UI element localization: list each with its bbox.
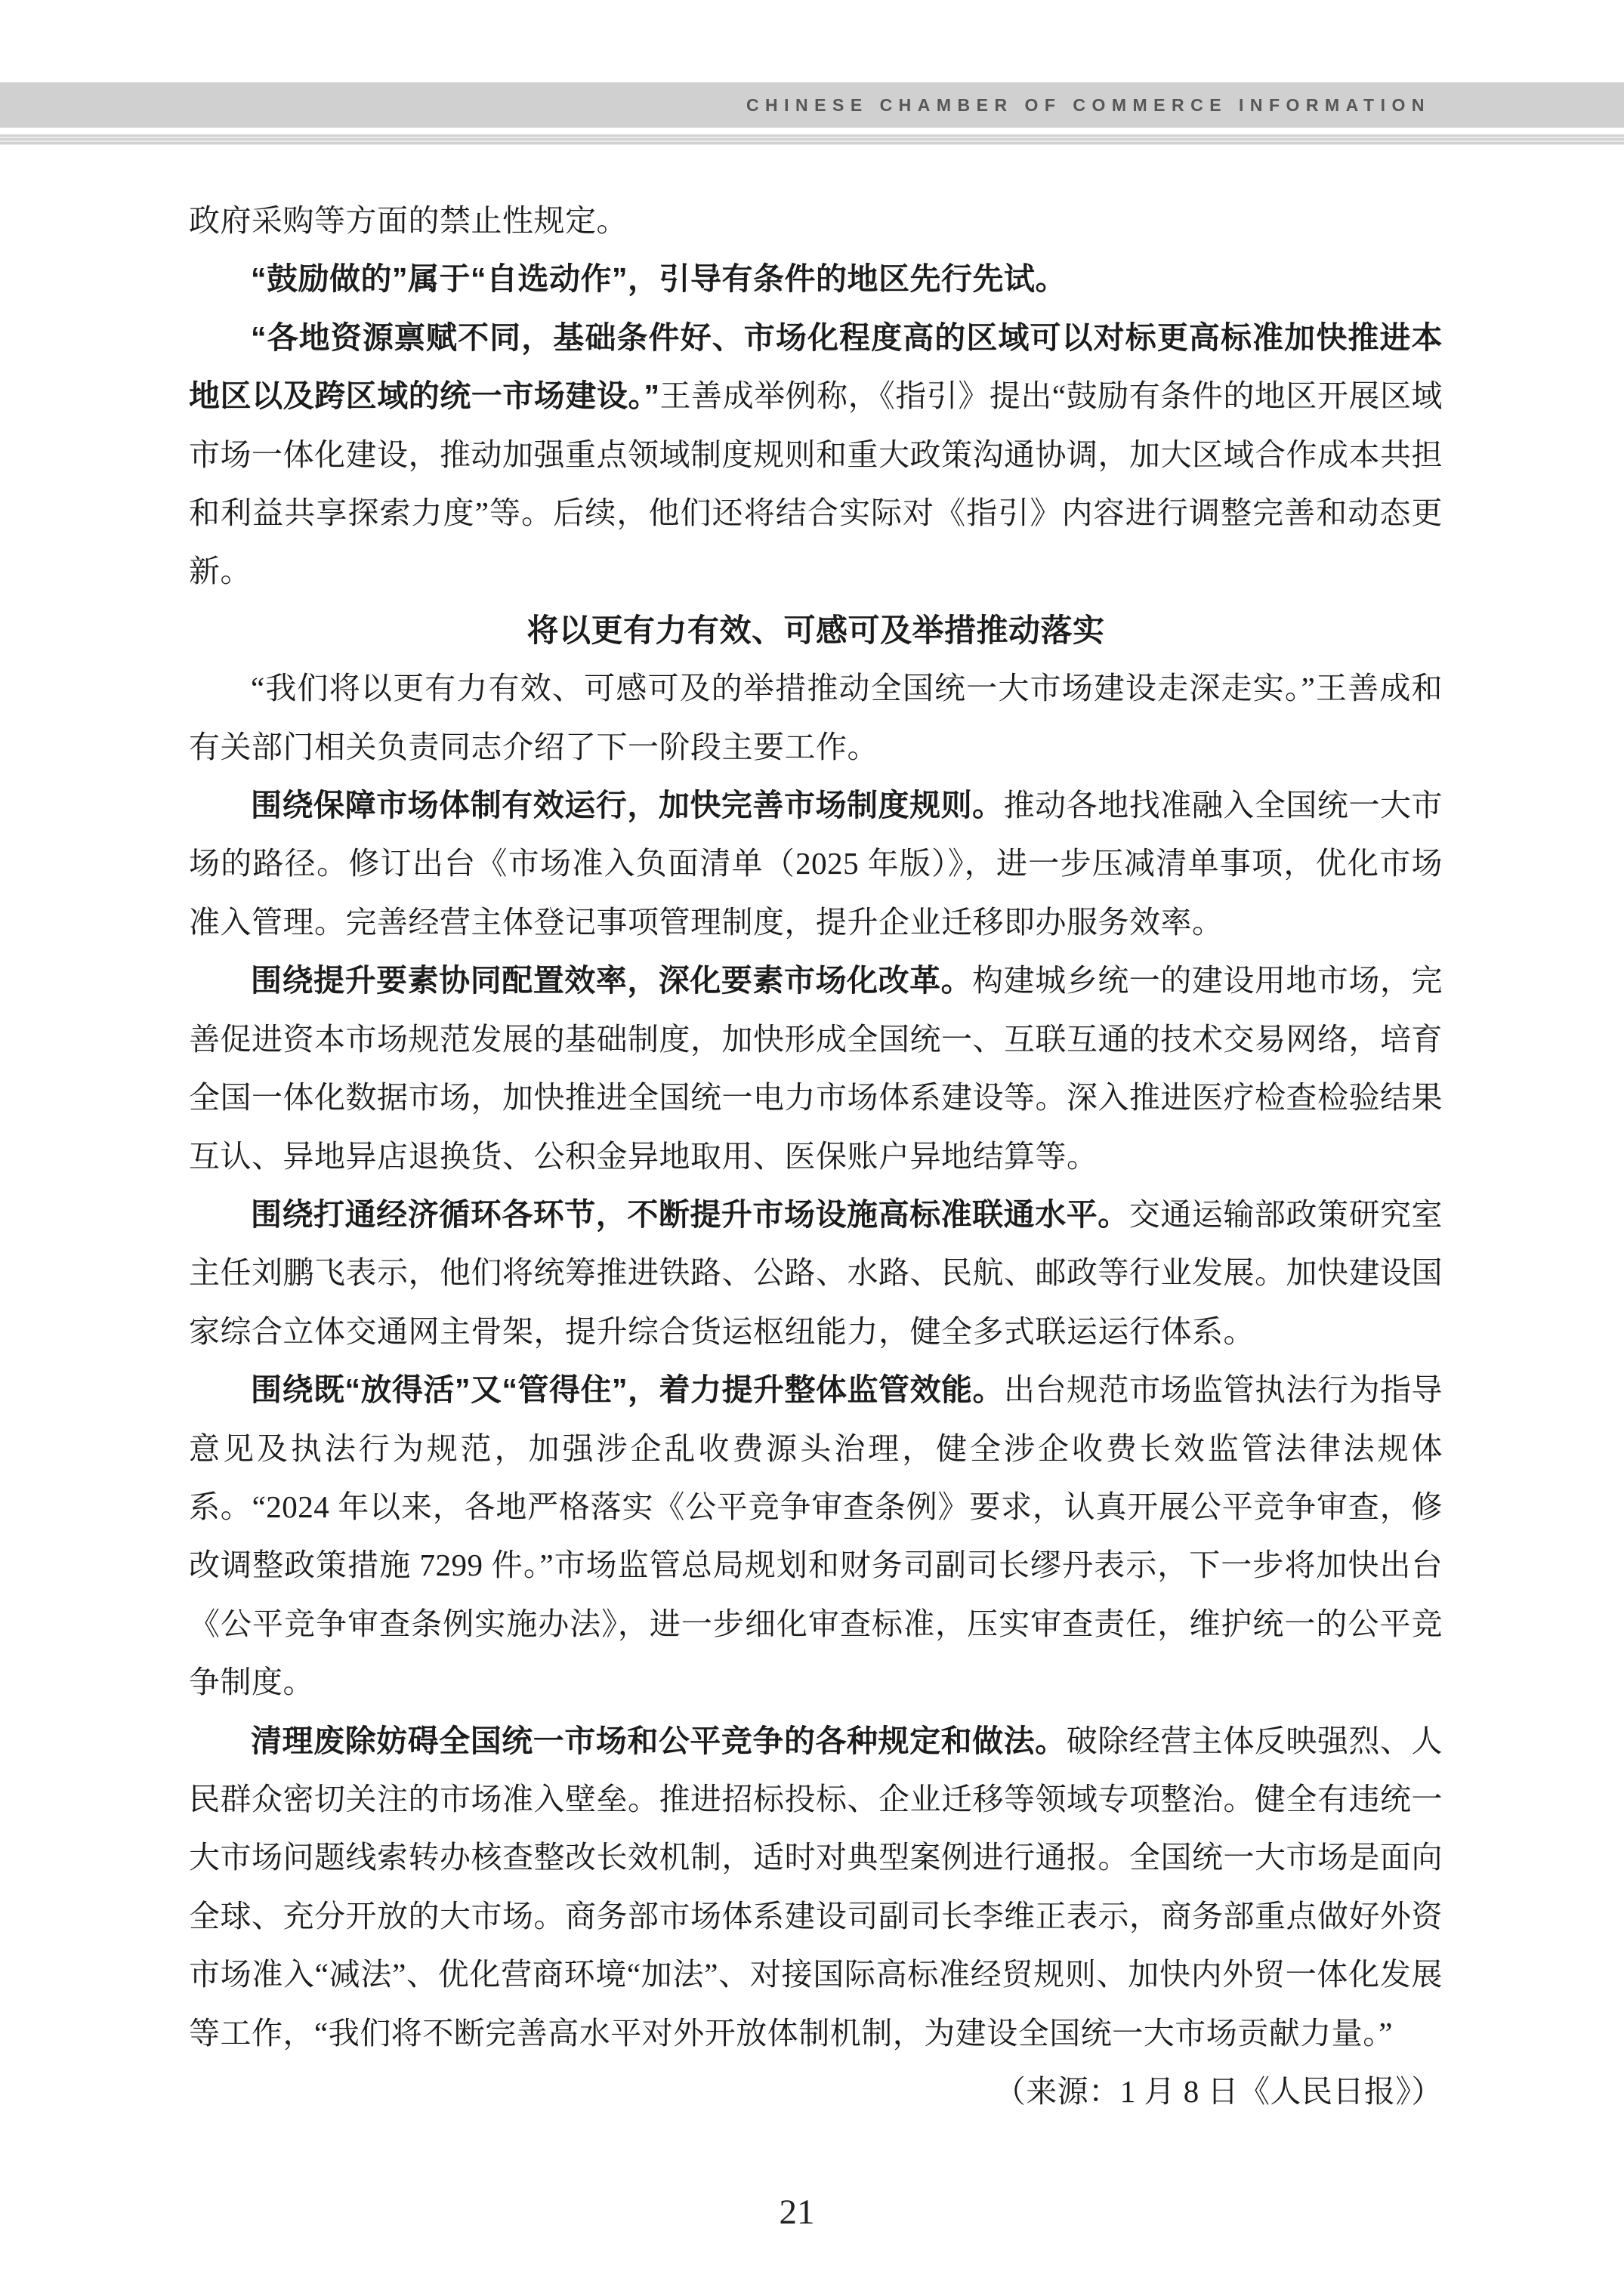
paragraph-continuation: 政府采购等方面的禁止性规定。 bbox=[189, 192, 1443, 250]
section-heading: 将以更有力有效、可感可及举措推动落实 bbox=[189, 601, 1443, 659]
bold-topic-sentence: 清理废除妨碍全国统一市场和公平竞争的各种规定和做法。 bbox=[251, 1724, 1067, 1758]
bold-topic-sentence: 围绕既“放得活”又“管得住”，着力提升整体监管效能。 bbox=[251, 1372, 1004, 1407]
paragraph-market-rules: 围绕保障市场体制有效运行，加快完善市场制度规则。推动各地找准融入全国统一大市场的… bbox=[189, 776, 1443, 952]
document-page: CHINESE CHAMBER OF COMMERCE INFORMATION … bbox=[0, 0, 1624, 2293]
bold-topic-sentence: 围绕提升要素协同配置效率，深化要素市场化改革。 bbox=[251, 963, 972, 998]
bold-topic-sentence: 围绕打通经济循环各环节，不断提升市场设施高标准联通水平。 bbox=[251, 1197, 1129, 1232]
article-body: 政府采购等方面的禁止性规定。 “鼓励做的”属于“自选动作”，引导有条件的地区先行… bbox=[189, 192, 1443, 2121]
paragraph-text: 出台规范市场监管执法行为指导意见及执法行为规范，加强涉企乱收费源头治理，健全涉企… bbox=[189, 1372, 1443, 1699]
header-divider bbox=[0, 134, 1624, 145]
header-band: CHINESE CHAMBER OF COMMERCE INFORMATION bbox=[0, 82, 1624, 128]
header-banner-text: CHINESE CHAMBER OF COMMERCE INFORMATION bbox=[746, 82, 1431, 128]
bold-sentence: “鼓励做的”属于“自选动作”，引导有条件的地区先行先试。 bbox=[251, 261, 1067, 296]
source-attribution: （来源：1 月 8 日《人民日报》） bbox=[189, 2063, 1443, 2121]
paragraph-factor-reform: 围绕提升要素协同配置效率，深化要素市场化改革。构建城乡统一的建设用地市场，完善促… bbox=[189, 952, 1443, 1186]
paragraph-next-steps: “我们将以更有力有效、可感可及的举措推动全国统一大市场建设走深走实。”王善成和有… bbox=[189, 659, 1443, 776]
bold-topic-sentence: 围绕保障市场体制有效运行，加快完善市场制度规则。 bbox=[251, 788, 1004, 822]
paragraph-regulation: 围绕既“放得活”又“管得住”，着力提升整体监管效能。出台规范市场监管执法行为指导… bbox=[189, 1361, 1443, 1711]
paragraph-circulation: 围绕打通经济循环各环节，不断提升市场设施高标准联通水平。交通运输部政策研究室主任… bbox=[189, 1186, 1443, 1361]
page-number: 21 bbox=[0, 2192, 1594, 2233]
paragraph-quote-wang: “各地资源禀赋不同，基础条件好、市场化程度高的区域可以对标更高标准加快推进本地区… bbox=[189, 309, 1443, 601]
paragraph-cleanup: 清理废除妨碍全国统一市场和公平竞争的各种规定和做法。破除经营主体反映强烈、人民群… bbox=[189, 1712, 1443, 2063]
paragraph-bold-lede: “鼓励做的”属于“自选动作”，引导有条件的地区先行先试。 bbox=[189, 250, 1443, 308]
paragraph-text: 破除经营主体反映强烈、人民群众密切关注的市场准入壁垒。推进招标投标、企业迁移等领… bbox=[189, 1724, 1443, 2051]
